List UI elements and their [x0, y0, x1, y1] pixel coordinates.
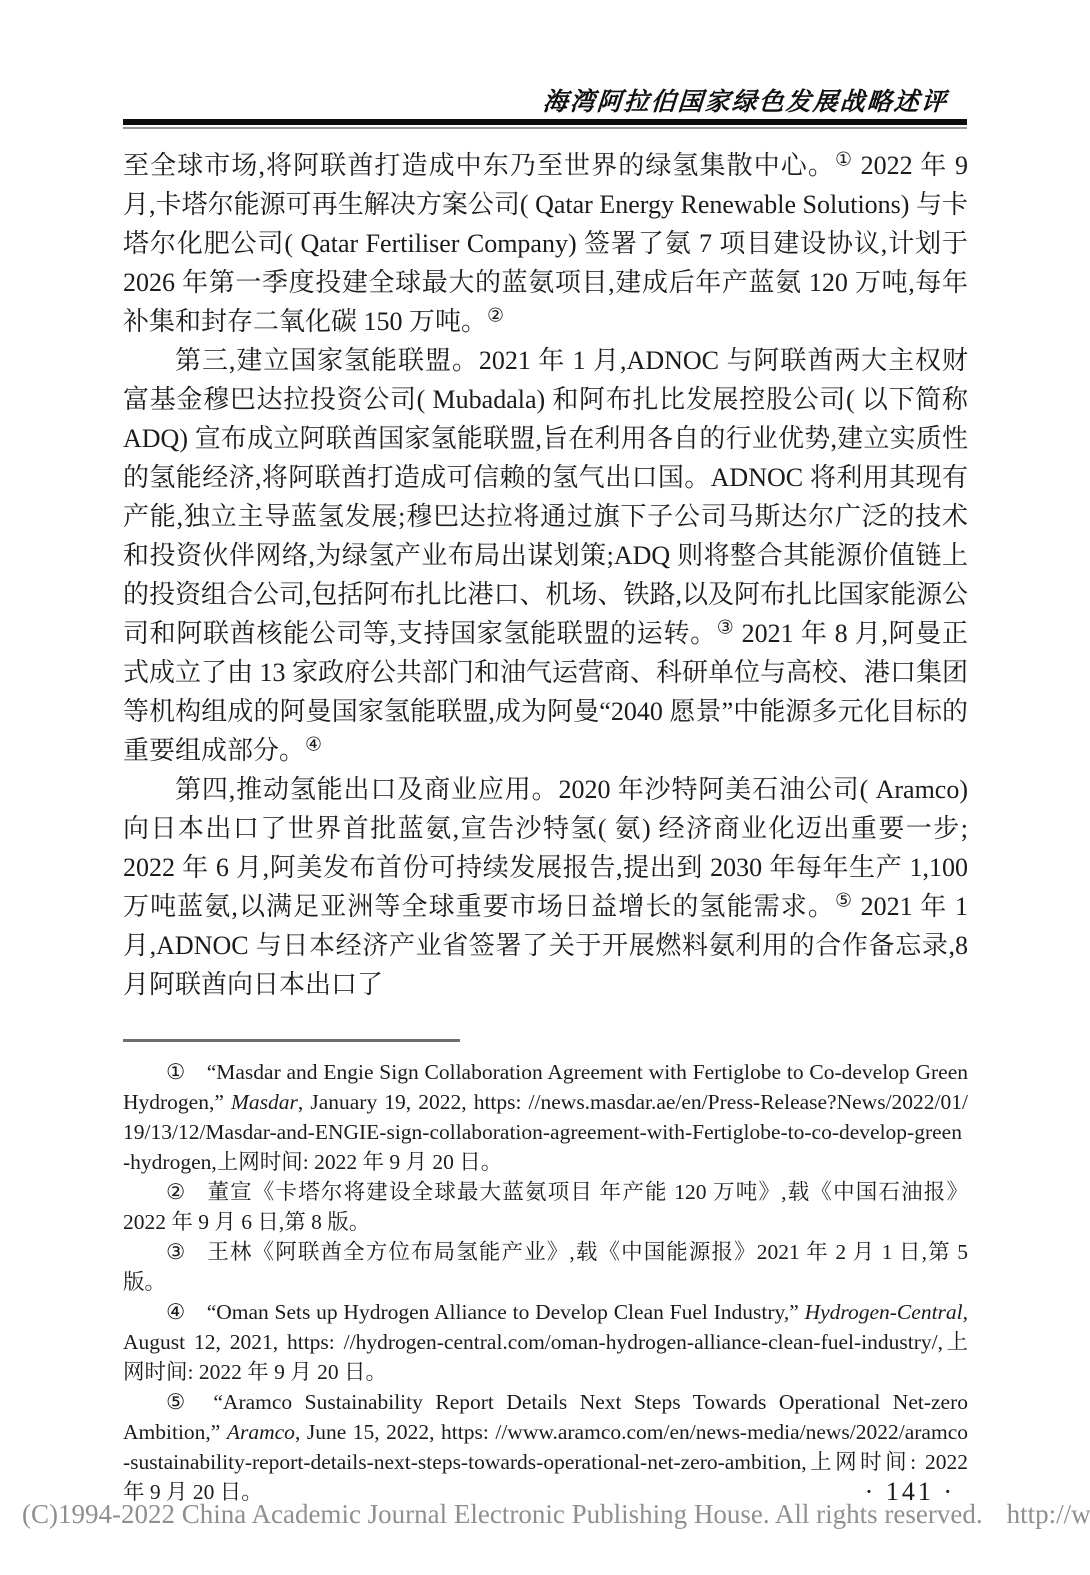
footnote-reference: ③ — [717, 617, 735, 638]
text-run: 董宣《卡塔尔将建设全球最大蓝氨项目 年产能 120 万吨》,载《中国石油报》20… — [123, 1180, 968, 1234]
header-rule-thick-line — [123, 119, 967, 125]
text-run: 第三,建立国家氢能联盟。2021 年 1 月,ADNOC 与阿联酋两大主权财富基… — [123, 346, 968, 648]
footnote-marker: ⑤ — [166, 1390, 192, 1414]
header-rule — [123, 119, 967, 129]
body-paragraph: 第三,建立国家氢能联盟。2021 年 1 月,ADNOC 与阿联酋两大主权财富基… — [123, 341, 968, 770]
footnote: ⑤“Aramco Sustainability Report Details N… — [123, 1387, 968, 1507]
body-paragraph: 至全球市场,将阿联酋打造成中东乃至世界的绿氢集散中心。① 2022 年 9 月,… — [123, 146, 968, 341]
footnote-marker: ② — [166, 1180, 186, 1204]
article-body: 至全球市场,将阿联酋打造成中东乃至世界的绿氢集散中心。① 2022 年 9 月,… — [123, 146, 968, 1004]
footnote-reference: ① — [835, 149, 853, 170]
citation-source-italic: Hydrogen-Central — [805, 1300, 963, 1324]
footnote: ①“Masdar and Engie Sign Collaboration Ag… — [123, 1057, 968, 1177]
footnote-separator — [123, 1039, 460, 1042]
text-run: 至全球市场,将阿联酋打造成中东乃至世界的绿氢集散中心。 — [123, 151, 835, 180]
footnote-reference: ② — [487, 305, 504, 326]
footnote-reference: ⑤ — [835, 890, 853, 911]
footnote: ③王林《阿联酋全方位布局氢能产业》,载《中国能源报》2021 年 2 月 1 日… — [123, 1237, 968, 1297]
body-paragraph: 第四,推动氢能出口及商业应用。2020 年沙特阿美石油公司( Aramco) 向… — [123, 770, 968, 1004]
header-rule-thin-line — [123, 127, 967, 129]
citation-source-italic: Aramco — [227, 1420, 295, 1444]
text-run: ,上网时间: 2022 年 9 月 20 日。 — [211, 1150, 502, 1174]
footnote: ②董宣《卡塔尔将建设全球最大蓝氨项目 年产能 120 万吨》,载《中国石油报》2… — [123, 1177, 968, 1237]
footnote-marker: ① — [166, 1060, 186, 1084]
text-run: “Oman Sets up Hydrogen Alliance to Devel… — [207, 1300, 805, 1324]
citation-source-italic: Masdar — [231, 1090, 298, 1114]
text-run: , January 19, 2022, — [298, 1090, 474, 1114]
copyright-text: (C)1994-2022 China Academic Journal Elec… — [22, 1499, 983, 1529]
text-run: , June 15, 2022, — [295, 1420, 441, 1444]
text-run: 王林《阿联酋全方位布局氢能产业》,载《中国能源报》2021 年 2 月 1 日,… — [123, 1240, 968, 1294]
copyright-watermark: (C)1994-2022 China Academic Journal Elec… — [22, 1499, 1090, 1530]
footnotes: ①“Masdar and Engie Sign Collaboration Ag… — [123, 1057, 968, 1507]
citation-url: https: //hydrogen-central.com/oman-hydro… — [287, 1330, 938, 1354]
footnote-reference: ④ — [305, 734, 322, 755]
journal-page: 海湾阿拉伯国家绿色发展战略述评 至全球市场,将阿联酋打造成中东乃至世界的绿氢集散… — [0, 0, 1090, 1575]
footnote-marker: ③ — [166, 1240, 186, 1264]
footnote-marker: ④ — [166, 1300, 186, 1324]
watermark-url: http://www.cnki.ne — [1007, 1499, 1090, 1529]
footnote: ④“Oman Sets up Hydrogen Alliance to Deve… — [123, 1297, 968, 1387]
running-title: 海湾阿拉伯国家绿色发展战略述评 — [542, 82, 950, 118]
